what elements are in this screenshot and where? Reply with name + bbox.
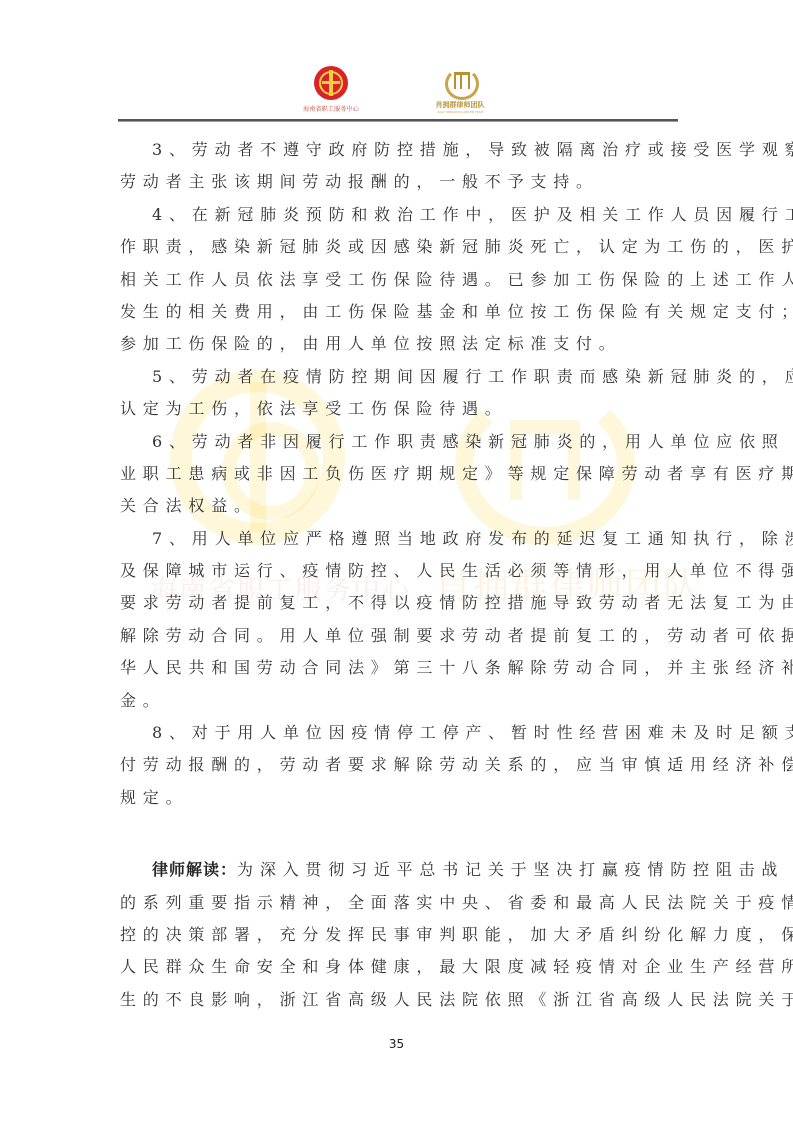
text-line: 控的决策部署，充分发挥民事审判职能，加大矛盾纠纷化解力度，保障 <box>120 919 676 951</box>
lawyer-commentary: 律师解读：为深入贯彻习近平总书记关于坚决打赢疫情防控阻击战 的系列重要指示精神，… <box>120 854 676 1016</box>
union-logo-caption: 海南省职工服务中心 <box>296 104 366 113</box>
paragraph-item-4: 4、在新冠肺炎预防和救治工作中，医护及相关工作人员因履行工 作职责，感染新冠肺炎… <box>120 199 676 361</box>
text-line: 认定为工伤，依法享受工伤保险待遇。 <box>120 393 676 425</box>
text-line: 6、劳动者非因履行工作职责感染新冠肺炎的，用人单位应依照《企 <box>120 426 676 458</box>
text-line: 华人民共和国劳动合同法》第三十八条解除劳动合同，并主张经济补偿 <box>120 652 676 684</box>
page-number: 35 <box>0 1037 793 1051</box>
text-line: 发生的相关费用，由工伤保险基金和单位按工伤保险有关规定支付；未 <box>120 296 676 328</box>
text-line: 相关工作人员依法享受工伤保险待遇。已参加工伤保险的上述工作人员 <box>120 264 676 296</box>
paragraph-item-8: 8、对于用人单位因疫情停工停产、暂时性经营困难未及时足额支 付劳动报酬的，劳动者… <box>120 717 676 814</box>
text-line: 作职责，感染新冠肺炎或因感染新冠肺炎死亡，认定为工伤的，医护及 <box>120 231 676 263</box>
text-line: 5、劳动者在疫情防控期间因履行工作职责而感染新冠肺炎的，应 <box>120 361 676 393</box>
text-line: 关合法权益。 <box>120 490 676 522</box>
law-team-logo-caption: 肖拥群律师团队 <box>420 100 500 110</box>
text-line: 的系列重要指示精神，全面落实中央、省委和最高人民法院关于疫情防 <box>120 887 676 919</box>
paragraph-item-6: 6、劳动者非因履行工作职责感染新冠肺炎的，用人单位应依照《企 业职工患病或非因工… <box>120 426 676 523</box>
document-body: 3、劳动者不遵守政府防控措施，导致被隔离治疗或接受医学观察， 劳动者主张该期间劳… <box>120 134 676 1016</box>
text-line: 3、劳动者不遵守政府防控措施，导致被隔离治疗或接受医学观察， <box>120 134 676 166</box>
text-line: 及保障城市运行、疫情防控、人民生活必须等情形，用人单位不得强制 <box>120 555 676 587</box>
text-line: 律师解读：为深入贯彻习近平总书记关于坚决打赢疫情防控阻击战 <box>120 854 676 886</box>
text-line: 生的不良影响，浙江省高级人民法院依照《浙江省高级人民法院关于认 <box>120 984 676 1016</box>
text-line: 人民群众生命安全和身体健康，最大限度减轻疫情对企业生产经营所产 <box>120 951 676 983</box>
paragraph-item-7: 7、用人单位应严格遵照当地政府发布的延迟复工通知执行，除涉 及保障城市运行、疫情… <box>120 523 676 717</box>
text-line: 8、对于用人单位因疫情停工停产、暂时性经营困难未及时足额支 <box>120 717 676 749</box>
law-team-logo: 肖拥群律师团队 XIAO YONGQUN LAWYER TEAM <box>420 64 500 120</box>
text-line: 参加工伤保险的，由用人单位按照法定标准支付。 <box>120 328 676 360</box>
paragraph-spacer <box>120 814 676 854</box>
page-header: 海南省职工服务中心 肖拥群律师团队 XIAO YONGQUN LAWYER TE… <box>0 58 793 118</box>
text-line: 要求劳动者提前复工，不得以疫情防控措施导致劳动者无法复工为由而 <box>120 587 676 619</box>
text-line: 业职工患病或非因工负伤医疗期规定》等规定保障劳动者享有医疗期相 <box>120 458 676 490</box>
union-emblem-icon <box>314 66 348 100</box>
document-page: 海南省职工服务中心 肖拥群律师团队 海南省职工服务中心 肖拥群律师团队 XIAO… <box>0 0 793 1122</box>
text-line: 劳动者主张该期间劳动报酬的，一般不予支持。 <box>120 166 676 198</box>
text-line: 付劳动报酬的，劳动者要求解除劳动关系的，应当审慎适用经济补偿金 <box>120 749 676 781</box>
commentary-first-line: 为深入贯彻习近平总书记关于坚决打赢疫情防控阻击战 <box>237 860 784 879</box>
text-line: 金。 <box>120 685 676 717</box>
paragraph-item-3: 3、劳动者不遵守政府防控措施，导致被隔离治疗或接受医学观察， 劳动者主张该期间劳… <box>120 134 676 199</box>
text-line: 解除劳动合同。用人单位强制要求劳动者提前复工的，劳动者可依据《中 <box>120 620 676 652</box>
union-logo: 海南省职工服务中心 <box>296 66 366 120</box>
commentary-label: 律师解读： <box>152 860 237 879</box>
law-team-logo-subcaption: XIAO YONGQUN LAWYER TEAM <box>420 110 500 114</box>
law-team-emblem-icon <box>441 64 479 96</box>
header-divider <box>118 119 678 122</box>
text-line: 7、用人单位应严格遵照当地政府发布的延迟复工通知执行，除涉 <box>120 523 676 555</box>
text-line: 规定。 <box>120 782 676 814</box>
text-line: 4、在新冠肺炎预防和救治工作中，医护及相关工作人员因履行工 <box>120 199 676 231</box>
paragraph-item-5: 5、劳动者在疫情防控期间因履行工作职责而感染新冠肺炎的，应 认定为工伤，依法享受… <box>120 361 676 426</box>
